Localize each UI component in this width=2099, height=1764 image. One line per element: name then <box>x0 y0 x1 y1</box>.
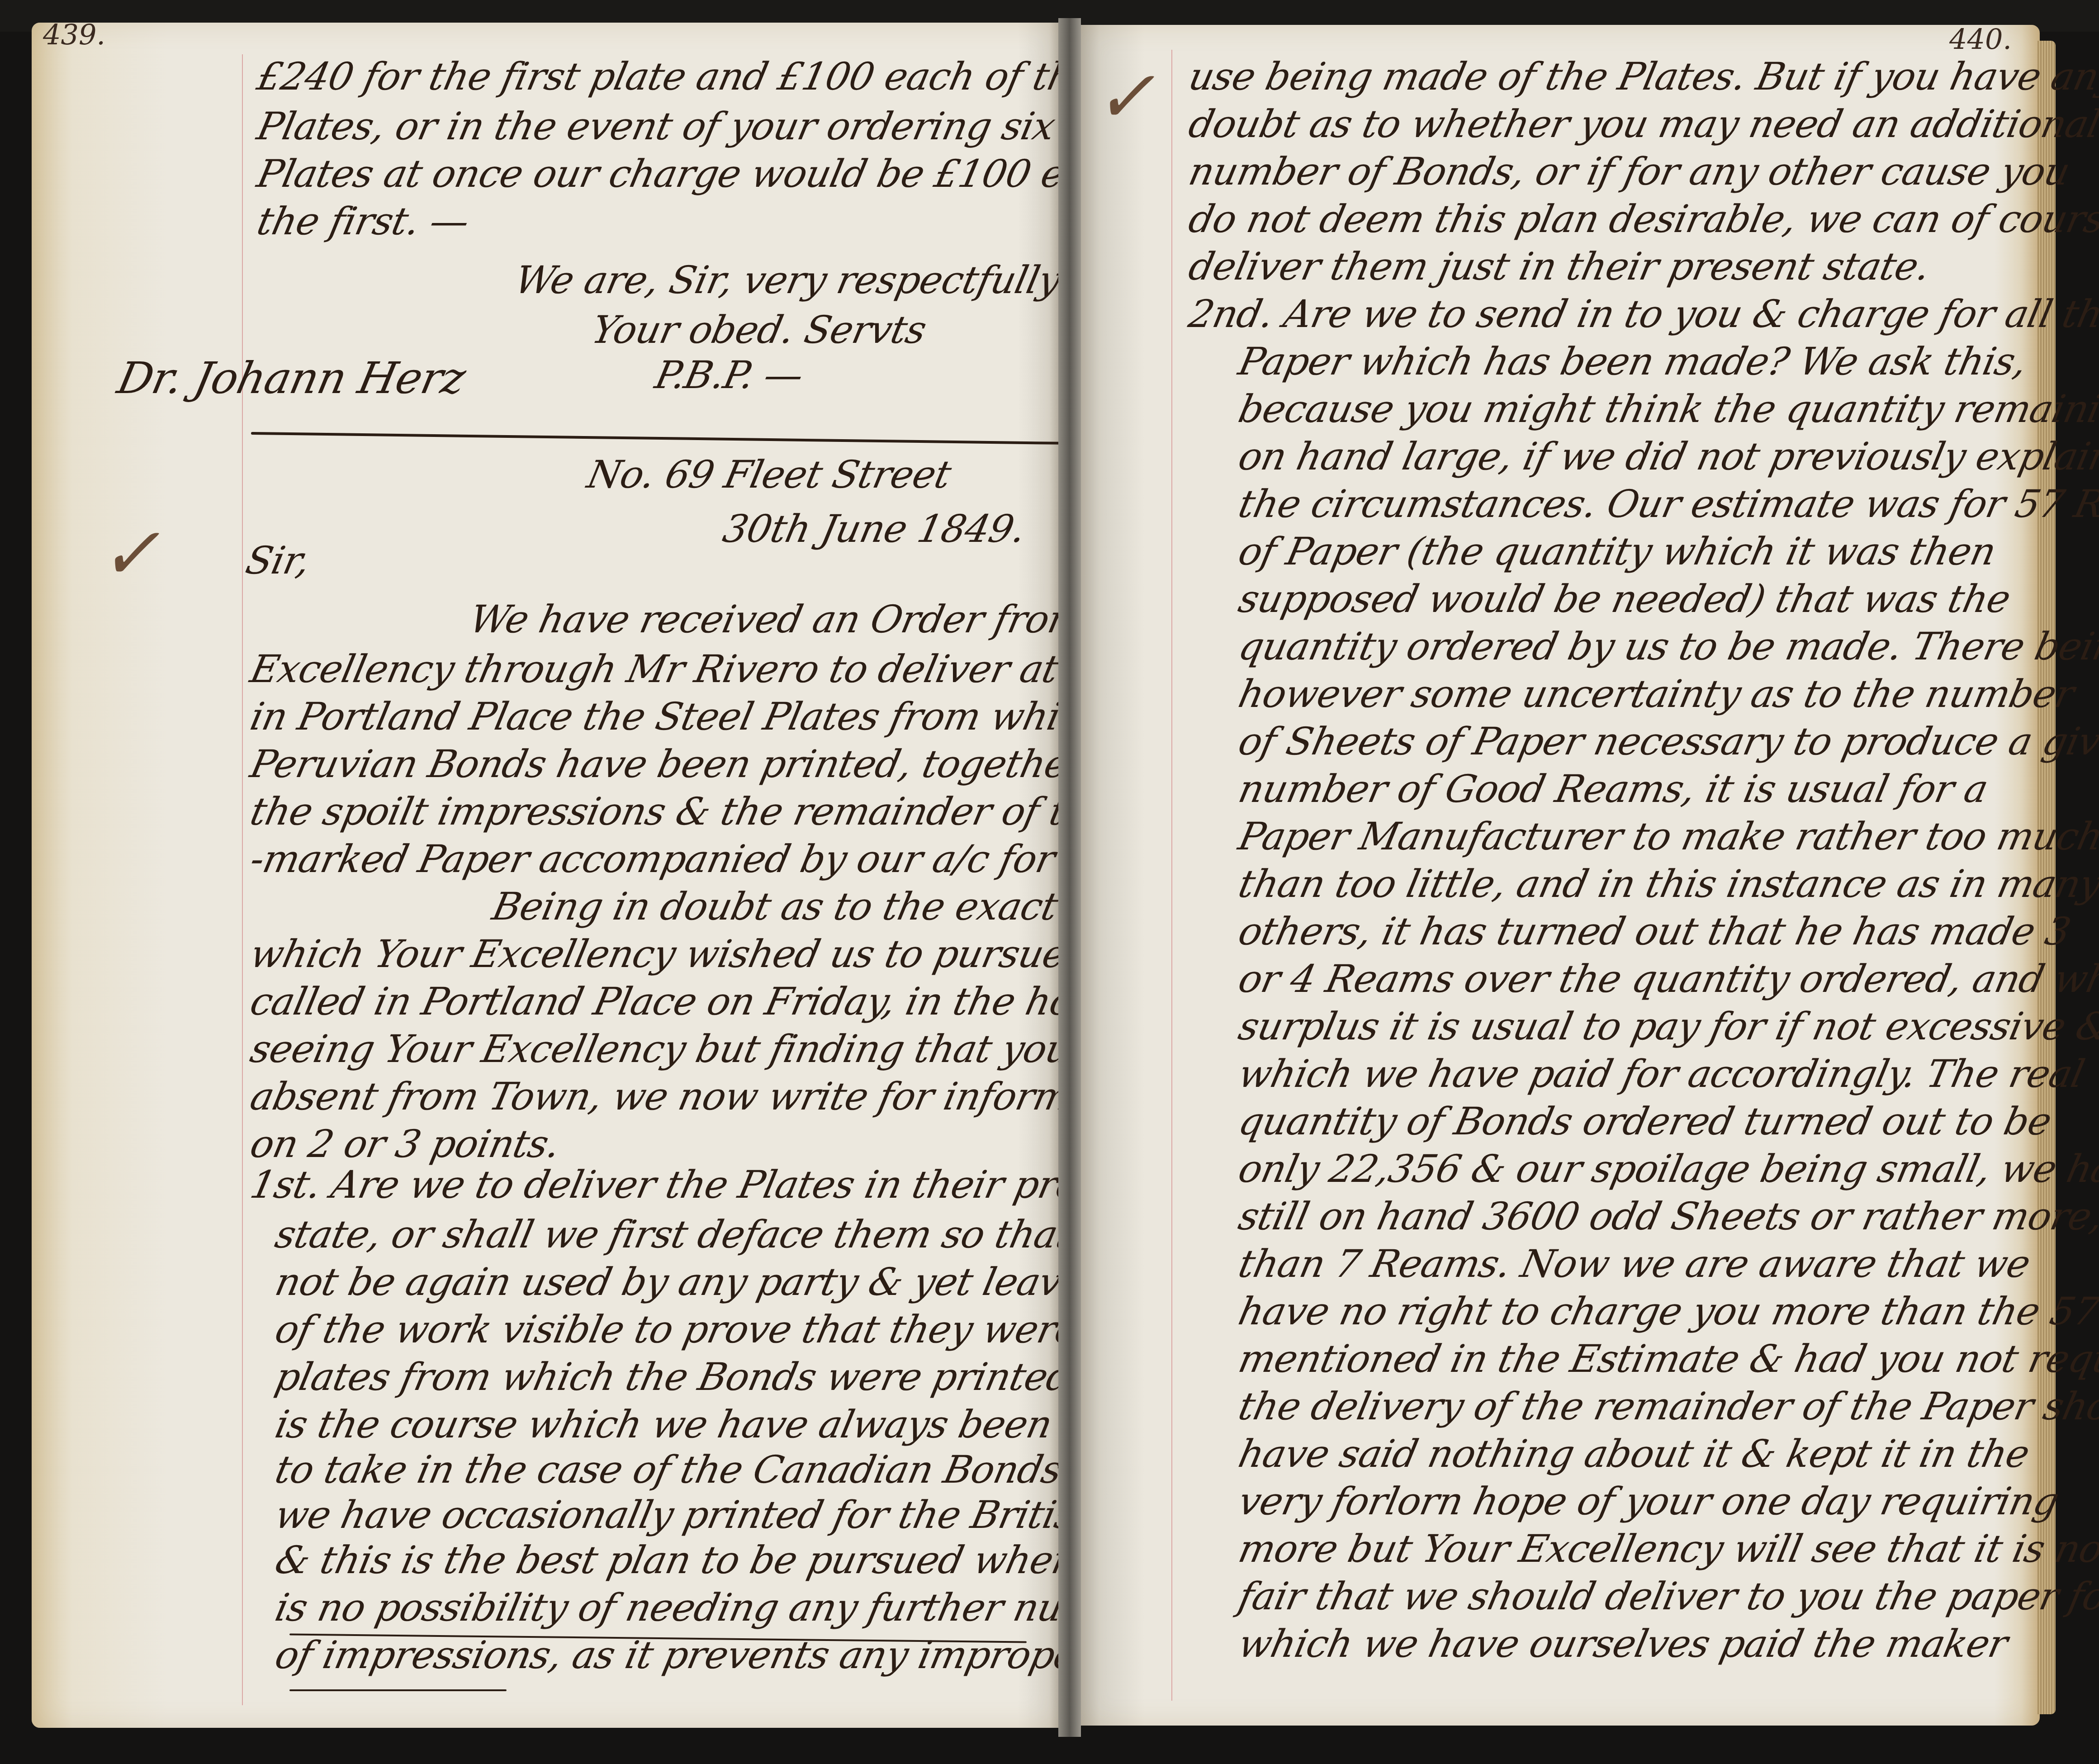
closing-line: We are, Sir, very respectfully <box>511 258 1065 302</box>
letter-line: which Your Excellency wished us to pursu… <box>246 932 1147 976</box>
letter-line: or 4 Reams over the quantity ordered, an… <box>1235 957 2099 1001</box>
letter-line: number of Bonds, or if for any other cau… <box>1185 149 2074 194</box>
recipient-name: Dr. Johann Herz <box>113 353 470 403</box>
letter-line: seeing Your Excellency but finding that … <box>246 1027 1180 1071</box>
letter-line: plates from which the Bonds were printed… <box>271 1355 1187 1399</box>
signature: P.B.P. — <box>651 353 807 397</box>
letter-line: called in Portland Place on Friday, in t… <box>246 979 1171 1024</box>
letter-line: have no right to charge you more than th… <box>1235 1289 2099 1333</box>
letter-line: still on hand 3600 odd Sheets or rather … <box>1235 1194 2099 1238</box>
check-mark-icon: ✓ <box>100 511 160 596</box>
letter-line: of impressions, as it prevents any impro… <box>271 1633 1099 1677</box>
letter-line: have said nothing about it & kept it in … <box>1235 1432 2033 1476</box>
letter-line: more but Your Excellency will see that i… <box>1235 1527 2099 1571</box>
letter-line: which we have paid for accordingly. The … <box>1235 1052 2088 1096</box>
letter-line: & this is the best plan to be pursued wh… <box>271 1538 1194 1582</box>
continuation-line: the first. — <box>253 199 473 243</box>
letter-line: to take in the case of the Canadian Bond… <box>271 1447 1190 1492</box>
letter-line: absent from Town, we now write for infor… <box>246 1074 1170 1119</box>
letter-line: on hand large, if we did not previously … <box>1235 434 2099 479</box>
right-page-number: 440. <box>1949 23 2012 56</box>
letter-line: on 2 or 3 points. <box>246 1122 564 1166</box>
letter-address: No. 69 Fleet Street <box>583 452 955 497</box>
left-margin-rule <box>242 54 243 1705</box>
letter-line: than too little, and in this instance as… <box>1235 862 2099 906</box>
letter-line: others, it has turned out that he has ma… <box>1235 909 2075 953</box>
letter-line: the delivery of the remainder of the Pap… <box>1235 1384 2099 1428</box>
letter-line: surplus it is usual to pay for if not ex… <box>1235 1004 2099 1048</box>
letter-line: however some uncertainty as to the numbe… <box>1235 672 2078 716</box>
letter-line: the circumstances. Our estimate was for … <box>1235 482 2099 526</box>
letter-line: quantity ordered by us to be made. There… <box>1235 624 2099 669</box>
letter-line: is no possibility of needing any further… <box>271 1585 1166 1630</box>
letter-line: of Paper (the quantity which it was then <box>1235 529 1999 574</box>
letter-line: Paper which has been made? We ask this, <box>1235 339 2031 384</box>
letter-line: number of Good Reams, it is usual for a <box>1235 767 1992 811</box>
left-page-number: 439. <box>43 18 105 51</box>
closing-line: Your obed. Servts <box>588 308 930 352</box>
letter-line: deliver them just in their present state… <box>1185 244 1934 289</box>
underline <box>289 1689 507 1691</box>
letter-line: 2nd. Are we to send in to you & charge f… <box>1185 292 2099 336</box>
letter-line: of Sheets of Paper necessary to produce … <box>1235 719 2099 763</box>
letter-line: because you might think the quantity rem… <box>1235 387 2099 431</box>
letter-line: which we have ourselves paid the maker <box>1235 1622 2011 1666</box>
book-gutter <box>1058 18 1081 1737</box>
letter-line: very forlorn hope of your one day requir… <box>1235 1479 2062 1523</box>
letter-line: Paper Manufacturer to make rather too mu… <box>1235 814 2099 858</box>
letter-line: quantity of Bonds ordered turned out to … <box>1235 1099 2055 1143</box>
letter-line: do not deem this plan desirable, we can … <box>1185 197 2099 241</box>
salutation: Sir, <box>242 538 314 583</box>
letter-line: use being made of the Plates. But if you… <box>1185 54 2099 99</box>
letter-line: than 7 Reams. Now we are aware that we <box>1235 1242 2034 1286</box>
letter-line: in Portland Place the Steel Plates from … <box>246 694 1181 739</box>
check-mark-icon: ✓ <box>1095 54 1155 139</box>
letter-line: supposed would be needed) that was the <box>1235 577 2014 621</box>
letter-line: doubt as to whether you may need an addi… <box>1185 102 2099 146</box>
letter-line: mentioned in the Estimate & had you not … <box>1235 1337 2099 1381</box>
letter-line: fair that we should deliver to you the p… <box>1235 1574 2099 1618</box>
letter-line: only 22,356 & our spoilage being small, … <box>1235 1147 2099 1191</box>
letter-date: 30th June 1849. <box>719 507 1029 551</box>
right-margin-rule <box>1171 50 1172 1701</box>
letter-line: Peruvian Bonds have been printed, togeth… <box>246 742 1184 786</box>
